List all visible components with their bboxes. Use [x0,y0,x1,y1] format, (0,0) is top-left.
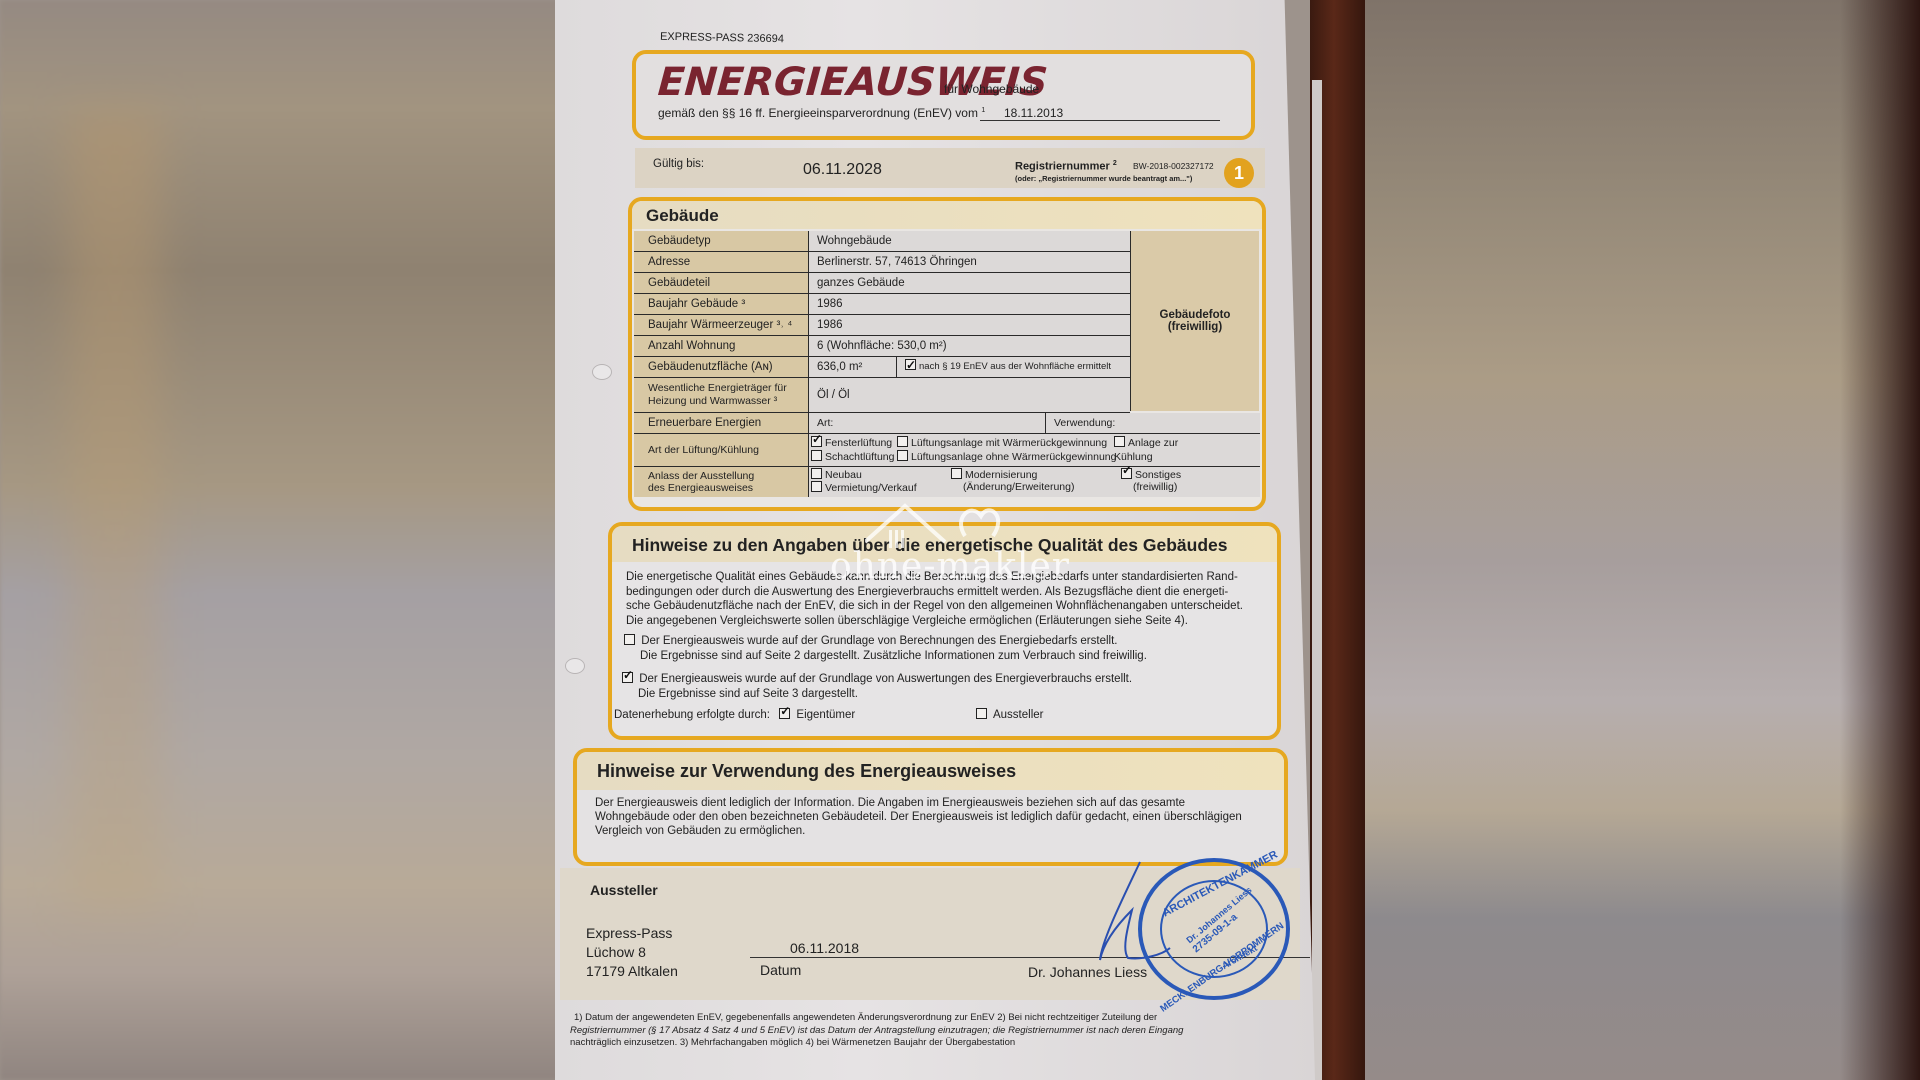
paper-stack-edge [1312,80,1322,1080]
valid-until-date: 06.11.2028 [803,161,882,179]
architect-stamp: ARCHITEKTENKAMMER MECKLENBURG-VORPOMMERN… [1138,858,1290,1000]
option-label: Modernisierung [965,469,1037,481]
option-checkbox[interactable] [897,436,908,447]
option-text: Die Ergebnisse sind auf Seite 2 dargeste… [624,649,1147,664]
owner-label: Eigentümer [796,709,855,721]
energy-carrier-value: Öl / Öl [809,378,1130,412]
issue-date: 06.11.2018 [790,940,859,956]
option-checkbox[interactable] [1121,468,1132,479]
photo-label: Gebäudefoto [1131,309,1259,321]
option-checkbox[interactable] [897,450,908,461]
option-label: Vermietung/Verkauf [825,482,917,494]
document-subtitle: gemäß den §§ 16 ff. Energieeinsparverord… [658,106,985,120]
usage-notes-paragraph: Der Energieausweis dient lediglich der I… [595,796,1242,838]
reason-options: NeubauVermietung/VerkaufModernisierung(Ä… [809,467,1260,497]
issuer-city: 17179 Altkalen [586,962,678,981]
footnote-line: Registriernummer (§ 17 Absatz 4 Satz 4 u… [570,1025,1183,1038]
row-label: Wesentliche Energieträger fürHeizung und… [634,378,809,412]
paragraph-line: Vergleich von Gebäuden zu ermöglichen. [595,824,1242,838]
option-label: Schachtlüftung [825,451,894,463]
paragraph-line: sche Gebäudenutzfläche nach der EnEV, di… [626,599,1243,614]
row-value: 6 (Wohnfläche: 530,0 m²) [809,336,1130,356]
paragraph-line: Der Energieausweis dient lediglich der I… [595,796,1242,810]
row-label: Baujahr Gebäude ³ [634,294,809,314]
option-label: Lüftungsanlage ohne Wärmerückgewinnung [911,451,1116,463]
option-energy-demand[interactable]: Der Energieausweis wurde auf der Grundla… [624,634,1147,663]
registration-note: (oder: „Registriernummer wurde beantragt… [1015,174,1192,183]
owner-checkbox[interactable] [779,708,790,719]
option-text: Der Energieausweis wurde auf der Grundla… [639,673,1132,685]
option-label: Lüftungsanlage mit Wärmerückgewinnung [911,437,1107,449]
usable-area-value: 636,0 m² [809,357,897,377]
footnotes: 1) Datum der angewendeten EnEV, gegebene… [570,1012,1183,1050]
issuer-address: Express-Pass Lüchow 8 17179 Altkalen [586,924,678,981]
building-row: Baujahr Gebäude ³1986 [634,294,1130,315]
usage-notes-section: Hinweise zur Verwendung des Energieauswe… [573,748,1288,866]
label-line: des Energieausweises [648,482,808,494]
issuer-section-label: Aussteller [590,882,658,898]
option-sublabel: (freiwillig) [1121,481,1181,493]
issuer-street: Lüchow 8 [586,943,678,962]
option-checkbox[interactable] [1114,436,1125,447]
label-line: Heizung und Warmwasser ³ [648,395,808,408]
registration-number: BW-2018-002327172 [1133,161,1214,171]
paragraph-line: Die angegebenen Vergleichswerte sollen ü… [626,614,1243,629]
reason-option[interactable]: Modernisierung(Änderung/Erweiterung) [951,468,1074,493]
data-collection-label: Datenerhebung erfolgte durch: [614,709,770,721]
usable-area-row: Gebäudenutzfläche (Aɴ)636,0 m²nach § 19 … [634,357,1130,378]
row-label: Anlass der Ausstellungdes Energieausweis… [634,467,809,497]
building-row: AdresseBerlinerstr. 57, 74613 Öhringen [634,252,1130,273]
reason-option[interactable]: Vermietung/Verkauf [811,481,917,494]
energy-carrier-row: Wesentliche Energieträger fürHeizung und… [634,378,1130,413]
row-value: ganzes Gebäude [809,273,1130,293]
row-label: Baujahr Wärmeerzeuger ³˒ ⁴ [634,315,809,335]
reason-row: Anlass der Ausstellungdes Energieausweis… [634,467,1260,497]
option-label: Neubau [825,469,862,481]
building-row: Baujahr Wärmeerzeuger ³˒ ⁴1986 [634,315,1130,336]
enev-date: 18.11.2013 [980,106,1220,121]
row-label: Erneuerbare Energien [634,413,809,433]
row-label: Art der Lüftung/Kühlung [634,434,809,466]
building-row: GebäudetypWohngebäude [634,231,1130,252]
issuer-name: Express-Pass [586,924,678,943]
ventilation-options: FensterlüftungSchachtlüftungLüftungsanla… [809,434,1260,466]
blurred-background-right [1365,0,1920,1080]
building-photo-placeholder[interactable]: Gebäudefoto (freiwillig) [1130,231,1259,411]
row-label: Adresse [634,252,809,272]
valid-until-label: Gültig bis: [653,158,704,170]
ventilation-option[interactable]: Lüftungsanlage mit Wärmerückgewinnung [897,436,1107,450]
paragraph-line: Wohngebäude oder den oben bezeichneten G… [595,810,1242,824]
date-label: Datum [760,962,801,978]
option-checkbox[interactable] [811,436,822,447]
usage-notes-title: Hinweise zur Verwendung des Energieauswe… [577,752,1284,790]
building-section-title: Gebäude [632,201,1262,229]
building-row: Anzahl Wohnung6 (Wohnfläche: 530,0 m²) [634,336,1130,357]
usable-area-checkbox[interactable] [905,359,916,370]
label-line: Wesentliche Energieträger für [648,382,808,395]
row-label: Anzahl Wohnung [634,336,809,356]
blurred-background-left [0,0,560,1080]
document-title-suffix: für Wohngebäude [944,82,1039,96]
label-line: Anlass der Ausstellung [648,470,808,482]
consumption-checkbox[interactable] [622,672,633,683]
ventilation-option[interactable]: Lüftungsanlage ohne Wärmerückgewinnung [897,450,1116,464]
registration-label: Registriernummer 2 [1015,160,1117,173]
ventilation-option[interactable]: Schachtlüftung [811,450,894,464]
option-label: Sonstiges [1135,469,1181,481]
reason-option[interactable]: Sonstiges(freiwillig) [1121,468,1181,493]
option-checkbox[interactable] [951,468,962,479]
title-box: ENERGIEAUSWEIS für Wohngebäude gemäß den… [632,50,1255,140]
footnote-line: 1) Datum der angewendeten EnEV, gegebene… [570,1012,1183,1025]
issuer-label: Aussteller [993,709,1044,721]
page-number-badge: 1 [1224,158,1254,188]
renewables-use: Verwendung: [1046,413,1260,433]
option-checkbox[interactable] [811,468,822,479]
ventilation-option[interactable]: Anlage zur Kühlung [1114,436,1194,464]
usable-area-method: nach § 19 EnEV aus der Wohnfläche ermitt… [897,357,1130,377]
reason-option[interactable]: Neubau [811,468,862,481]
option-text: Die Ergebnisse sind auf Seite 3 dargeste… [622,687,1132,702]
row-value: Wohngebäude [809,231,1130,251]
validity-row: Gültig bis: 06.11.2028 Registriernummer … [635,148,1265,188]
form-number: EXPRESS-PASS 236694 [660,31,784,46]
issuer-checkbox[interactable] [976,708,987,719]
row-value: 1986 [809,315,1130,335]
row-label: Gebäudetyp [634,231,809,251]
option-label: Fensterlüftung [825,437,892,449]
row-label: Gebäudenutzfläche (Aɴ) [634,357,809,377]
data-collection-row: Datenerhebung erfolgte durch: Eigentümer… [614,708,1043,723]
option-text: Der Energieausweis wurde auf der Grundla… [641,635,1117,647]
punch-hole [565,658,585,674]
checkbox-label: nach § 19 EnEV aus der Wohnfläche ermitt… [919,361,1111,372]
building-section: Gebäude GebäudetypWohngebäudeAdresseBerl… [628,197,1266,511]
demand-checkbox[interactable] [624,634,635,645]
photo-optional-label: (freiwillig) [1131,321,1259,333]
footnote-line: nachträglich einzusetzen. 3) Mehrfachang… [570,1037,1183,1050]
row-value: Berlinerstr. 57, 74613 Öhringen [809,252,1130,272]
option-checkbox[interactable] [811,450,822,461]
ventilation-row: Art der Lüftung/KühlungFensterlüftungSch… [634,434,1260,467]
ventilation-option[interactable]: Fensterlüftung [811,436,892,450]
renewables-row: Erneuerbare EnergienArt:Verwendung: [634,413,1260,434]
renewables-type: Art: [809,413,1046,433]
punch-hole [592,364,612,380]
building-row: Gebäudeteilganzes Gebäude [634,273,1130,294]
row-value: 1986 [809,294,1130,314]
watermark-text: ohne-makler [830,546,1070,587]
option-checkbox[interactable] [811,481,822,492]
option-sublabel: (Änderung/Erweiterung) [951,481,1074,493]
row-label: Gebäudeteil [634,273,809,293]
option-energy-consumption[interactable]: Der Energieausweis wurde auf der Grundla… [622,672,1132,701]
